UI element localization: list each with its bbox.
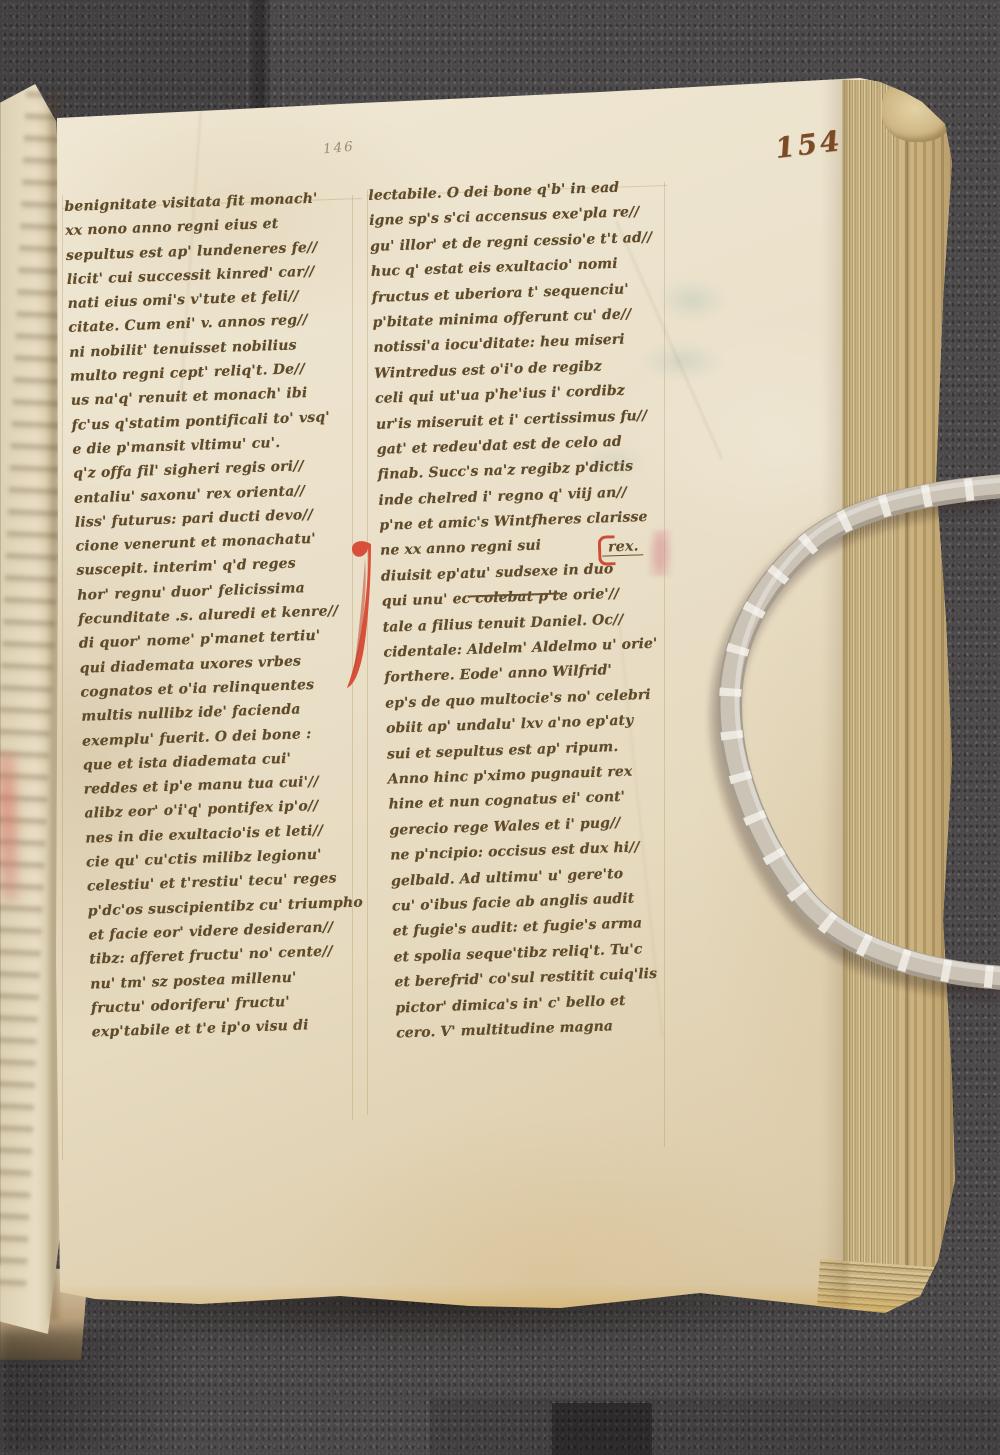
ruling-line [62, 195, 63, 1160]
backdrop-step [430, 1398, 1000, 1455]
cradle-shadow [0, 1330, 240, 1455]
margin-flourish [648, 530, 674, 576]
rubricated-initial-I: I [345, 538, 375, 698]
blurred-rubric-marks [0, 752, 22, 902]
manuscript-page-recto: 154 146 benignitate visitata fit monach'… [40, 60, 965, 1330]
paraph-rex-word: rex. [602, 537, 643, 556]
fore-edge-streak [906, 78, 909, 1320]
folio-number-pencil: 146 [322, 139, 355, 158]
text-column-left: benignitate visitata fit monach'xx nono … [64, 185, 388, 1045]
text-column-right: lectabile. O dei bone q'b' in eadigne sp… [368, 174, 706, 1047]
page-curve-shadow [822, 60, 848, 1330]
fore-edge-leaves [842, 80, 898, 1318]
backdrop-step-dark [552, 1403, 652, 1455]
